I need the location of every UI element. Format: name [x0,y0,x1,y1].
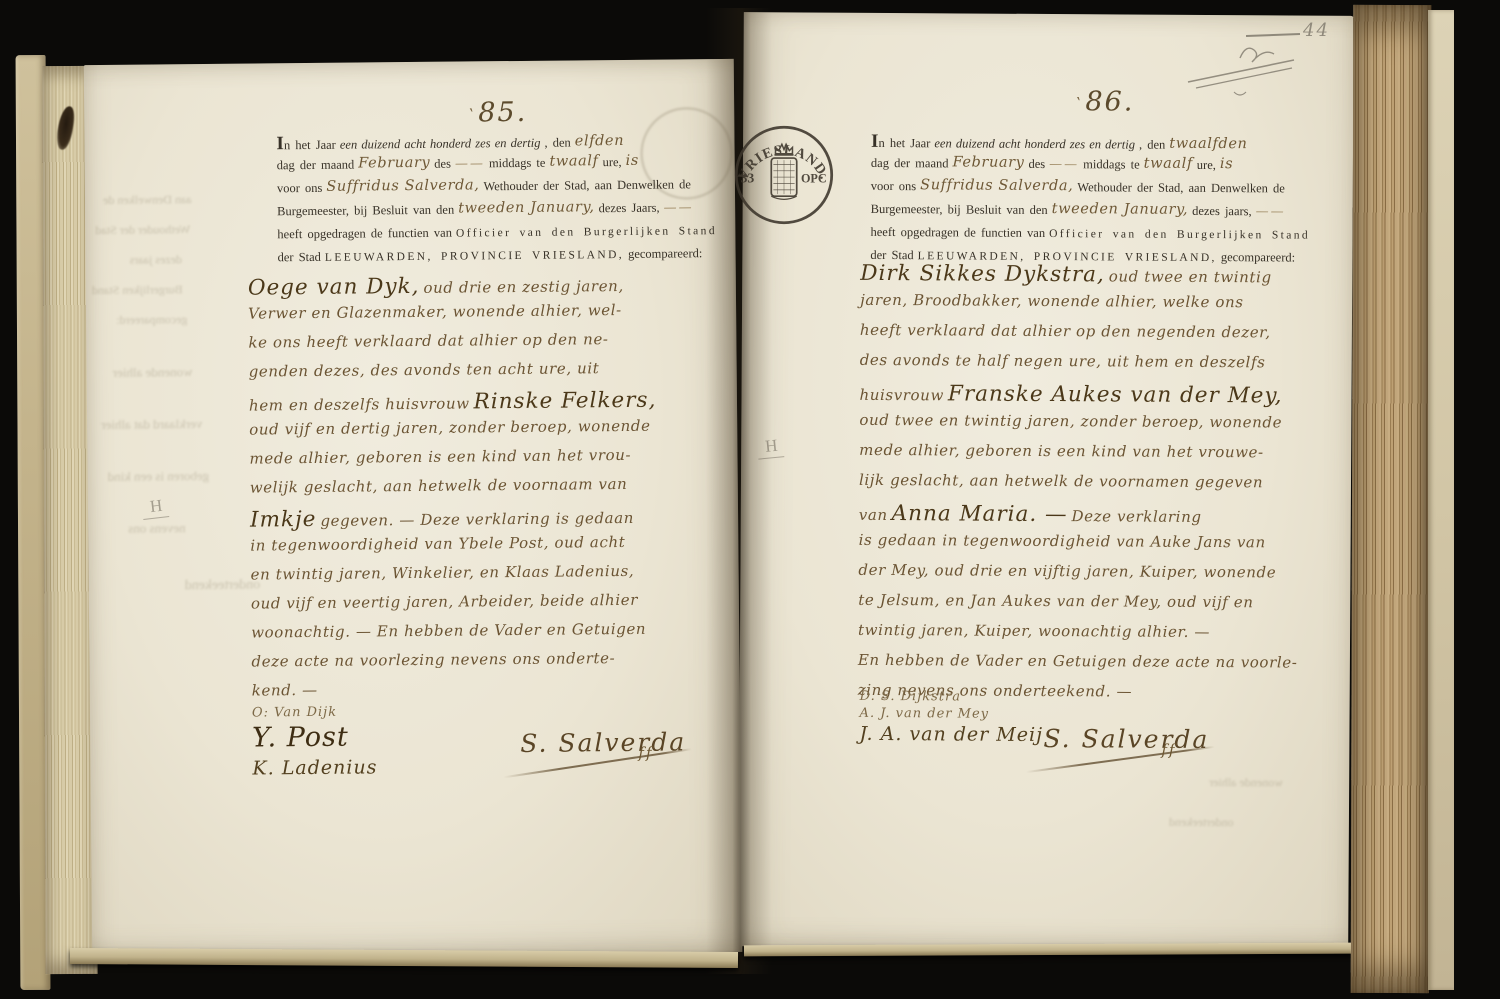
signature: J. A. van der Meij [859,723,1043,746]
handwritten-text: is [1220,156,1233,172]
left-margin-check-mark: H [149,496,163,517]
bottom-page-edges-right [744,943,1352,957]
signature-paraph: ff [638,744,653,762]
handwritten-text: —— [455,156,485,171]
handwritten-text: —— [1049,157,1079,172]
bleedthrough-text: onderteekend [185,577,261,594]
text-line: Verwer en Glazenmaker, wonende alhier, w… [248,300,728,334]
text-line: genden dezes, des avonds ten acht ure, u… [249,358,729,392]
printed-text: middags te [489,156,546,171]
handwritten-text: Rinske Felkers, [473,388,656,415]
signature-paraph: ff [1161,741,1176,759]
printed-text: een duizend acht honderd zes en dertig [934,136,1135,151]
witness-signatures: D. S. DijkstraA. J. van der MeyJ. A. van… [859,689,1043,746]
printed-text: In het Jaar [276,133,336,156]
handwritten-text: der Mey, oud drie en vijftig jaren, Kuip… [858,561,1276,582]
bleedthrough-text: nevens ons [128,520,186,537]
printed-text: heeft opgedragen de functien van [870,225,1045,240]
stamp-opc-text: OPC [801,171,827,185]
handwritten-text: gegeven. — Deze verklaring is gedaan [320,509,634,530]
witness-signatures: O: Van DijkY. PostK. Ladenius [252,704,378,779]
handwritten-text: —— [663,200,693,215]
handwritten-text: van [859,506,888,524]
printed-form-text: In het Jaar een duizend acht honderd zes… [870,131,1331,272]
handwritten-text: is [626,153,639,169]
text-line: der Stad LEEUWARDEN, PROVINCIE VRIESLAND… [277,244,727,271]
printed-text: Wethouder der Stad, aan Denwelken de [483,177,691,193]
handwritten-text: twaalf [549,153,598,169]
printed-text: des [434,157,451,171]
handwritten-text: tweeden January, [458,199,595,216]
text-line: mede alhier, geboren is een kind van het… [859,441,1351,474]
printed-form-text: In het Jaar een duizend acht honderd zes… [276,129,727,271]
printed-text: dezes Jaars, [598,201,659,216]
handwritten-text: twaalfden [1169,136,1247,152]
official-signature: S. Salverda ff [520,727,686,758]
handwritten-text: welijk geslacht, aan hetwelk de voornaam… [250,475,628,497]
right-margin-check-mark: H [764,436,778,457]
text-line: der Mey, oud drie en vijftig jaren, Kuip… [858,561,1350,594]
printed-text: Burgemeester, bij Besluit van den [277,203,454,219]
handwritten-text: En hebben de Vader en Getuigen deze acte… [858,651,1298,672]
text-line: oud vijf en dertig jaren, zonder beroep,… [249,416,729,450]
official-signature: S. Salverda ff [1043,724,1209,754]
handwritten-text: mede alhier, geboren is een kind van het… [859,441,1264,461]
vellum-cover-right [1428,10,1454,990]
text-line: Oege van Dyk, oud drie en zestig jaren, [248,271,728,305]
handwritten-text: kend. — [252,681,318,700]
text-line: En hebben de Vader en Getuigen deze acte… [858,651,1350,684]
text-line: hem en deszelfs huisvrouw Rinske Felkers… [249,387,729,421]
handwritten-text: woonachtig. — En hebben de Vader en Getu… [251,620,646,642]
text-line: lijk geslacht, aan hetwelk de voornamen … [859,471,1351,504]
text-line: welijk geslacht, aan hetwelk de voornaam… [250,474,730,508]
bleedthrough-text: verklaard dat alhier [101,416,202,433]
bleedthrough-layer: wonende alhieronderteekend [744,12,1354,16]
printed-text: heeft opgedragen de functien van [277,226,452,242]
handwritten-text: twintig jaren, Kuiper, woonachtig alhier… [858,621,1210,641]
printed-text: Wethouder der Stad, aan Denwelken de [1077,180,1285,195]
handwritten-text: genden dezes, des avonds ten acht ure, u… [249,359,600,380]
handwritten-text: Anna Maria. — [892,501,1068,527]
printed-text: der Stad [278,250,321,264]
act-number-86: 86. [1075,86,1134,117]
handwritten-text: Imkje [250,507,317,533]
handwritten-text: in tegenwoordigheid van Ybele Post, oud … [250,533,625,555]
bleedthrough-text: wonende alhier [113,364,193,381]
handwritten-text: Verwer en Glazenmaker, wonende alhier, w… [248,301,622,323]
handwritten-text: deze acte na voorlezing nevens ons onder… [251,649,615,670]
handwritten-text: —— [1256,204,1286,219]
pencil-paraph-mark [1182,40,1302,102]
handwritten-text: lijk geslacht, aan hetwelk de voornamen … [859,471,1263,491]
birth-act-body: Dirk Sikkes Dykstra, oud twee en twintig… [858,261,1353,714]
text-line: van Anna Maria. — Deze verklaring [859,501,1351,534]
signature: O: Van Dijk [252,704,377,720]
handwritten-text: oud vijf en dertig jaren, zonder beroep,… [249,417,651,439]
text-line: en twintig jaren, Winkelier, en Klaas La… [251,561,731,595]
text-line: mede alhier, geboren is een kind van het… [249,445,729,479]
signature: Y. Post [252,721,377,753]
text-line: dag der maand February des —— middags te… [871,154,1331,180]
text-line: in tegenwoordigheid van Ybele Post, oud … [250,532,730,566]
handwritten-text: te Jelsum, en Jan Aukes van der Mey, oud… [858,591,1253,611]
handwritten-text: ke ons heeft verklaard dat alhier op den… [248,330,608,351]
handwritten-text: mede alhier, geboren is een kind van het… [249,446,631,468]
birth-act-body: Oege van Dyk, oud drie en zestig jaren,V… [248,271,732,711]
text-line: is gedaan in tegenwoordigheid van Auke J… [859,531,1351,564]
bleedthrough-text: onderteekend [1169,815,1234,830]
handwritten-text: February [952,154,1024,170]
stamp-value-text: 33 [741,170,755,185]
text-line: jaren, Broodbakker, wonende alhier, welk… [860,291,1352,324]
handwritten-text: heeft verklaard dat alhier op den negend… [860,321,1271,342]
printed-text: des [1028,157,1045,171]
text-line: heeft opgedragen de functien van Officie… [870,223,1330,249]
text-line: heeft verklaard dat alhier op den negend… [860,321,1352,354]
text-line: oud twee en twintig jaren, zonder beroep… [859,411,1351,444]
text-line: In het Jaar een duizend acht honderd zes… [871,131,1331,157]
bleedthrough-text: Burgerlijken Stand [92,282,183,298]
bleedthrough-text: wonende alhier [1209,775,1283,790]
handwritten-text: en twintig jaren, Winkelier, en Klaas La… [251,562,635,584]
bleedthrough-text: Wethouder der Stad [95,222,190,238]
photo-of-open-register-book: aan Denwelken deWethouder der Staddezes … [0,0,1500,999]
bleedthrough-layer: aan Denwelken deWethouder der Staddezes … [84,59,734,65]
signature: K. Ladenius [252,756,377,779]
bleedthrough-text: gecompareerd: [116,312,187,328]
handwritten-text: Deze verklaring [1071,507,1201,526]
printed-text: ure, [1197,158,1216,172]
printed-text: middags te [1083,157,1140,171]
signature: D. S. Dijkstra [860,689,1044,705]
text-line: te Jelsum, en Jan Aukes van der Mey, oud… [858,591,1350,624]
bleedthrough-text: geboren is een kind [108,468,210,485]
text-line: twintig jaren, Kuiper, woonachtig alhier… [858,621,1350,654]
text-line: oud vijf en veertig jaren, Arbeider, bei… [251,590,731,624]
handwritten-text: oud twee en twintig jaren, zonder beroep… [859,411,1282,432]
handwritten-text: oud drie en zestig jaren, [423,277,623,297]
printed-text: LEEUWARDEN, PROVINCIE VRIESLAND, [325,249,624,264]
handwritten-text: Suffridus Salverda, [920,177,1073,194]
text-line: Dirk Sikkes Dykstra, oud twee en twintig [860,261,1352,294]
handwritten-text: oud twee en twintig [1109,267,1272,286]
handwritten-text: twaalf [1144,156,1193,172]
handwritten-text: oud vijf en veertig jaren, Arbeider, bei… [251,591,638,613]
text-line: ke ons heeft verklaard dat alhier op den… [248,329,728,363]
printed-text: voor ons [871,179,916,193]
handwritten-text: Dirk Sikkes Dykstra, [860,261,1105,287]
printed-text: ure, [602,155,621,169]
text-line: deze acte na voorlezing nevens ons onder… [251,648,731,682]
handwritten-text: elfden [575,133,625,149]
fore-edge-page-stack [1351,5,1432,993]
printed-text: , den [544,135,570,149]
bottom-page-edges-left [70,948,738,968]
printed-text: Burgemeester, bij Besluit van den [871,202,1048,217]
text-line: huisvrouw Franske Aukes van der Mey, [859,381,1351,414]
handwritten-text: Oege van Dyk, [248,274,420,301]
printed-text: een duizend acht honderd zes en dertig [340,136,541,152]
printed-text: dezes jaars, [1192,204,1252,218]
text-line: Imkje gegeven. — Deze verklaring is geda… [250,503,730,537]
printed-text: dag der maand [277,158,355,173]
folio-number: 44 [1303,20,1330,41]
handwritten-text: Suffridus Salverda, [326,177,479,194]
handwritten-text: jaren, Broodbakker, wonende alhier, welk… [860,291,1244,311]
printed-text: , den [1139,138,1165,152]
signature: A. J. van der Mey [860,706,1044,722]
printed-text: Officier van den Burgerlijken Stand [456,225,717,240]
handwritten-text: is gedaan in tegenwoordigheid van Auke J… [859,531,1266,551]
printed-text: voor ons [277,181,323,195]
handwritten-text: tweeden January, [1052,201,1189,218]
text-line: Burgemeester, bij Besluit van den tweede… [871,200,1331,226]
vriesland-revenue-stamp-icon: VRIESLAND. 33 OPC [731,121,837,229]
handwritten-text: February [358,155,430,172]
handwritten-text: huisvrouw [859,386,944,405]
printed-text: Officier van den Burgerlijken Stand [1049,228,1310,242]
printed-text: dag der maand [871,156,949,170]
text-line: voor ons Suffridus Salverda, Wethouder d… [871,177,1331,203]
bleedthrough-text: dezes jaars [130,252,182,268]
handwritten-text: des avonds te half negen ure, uit hem en… [860,351,1266,371]
act-number-85: 85. [468,97,527,129]
printed-text: In het Jaar [871,131,930,153]
text-line: woonachtig. — En hebben de Vader en Getu… [251,619,731,653]
handwritten-text: hem en deszelfs huisvrouw [249,394,470,414]
text-line: des avonds te half negen ure, uit hem en… [860,351,1352,384]
handwritten-text: Franske Aukes van der Mey, [948,381,1283,408]
bleedthrough-text: aan Denwelken de [103,192,192,208]
printed-text: gecompareerd: [628,246,702,261]
left-page: aan Denwelken deWethouder der Staddezes … [84,59,743,958]
